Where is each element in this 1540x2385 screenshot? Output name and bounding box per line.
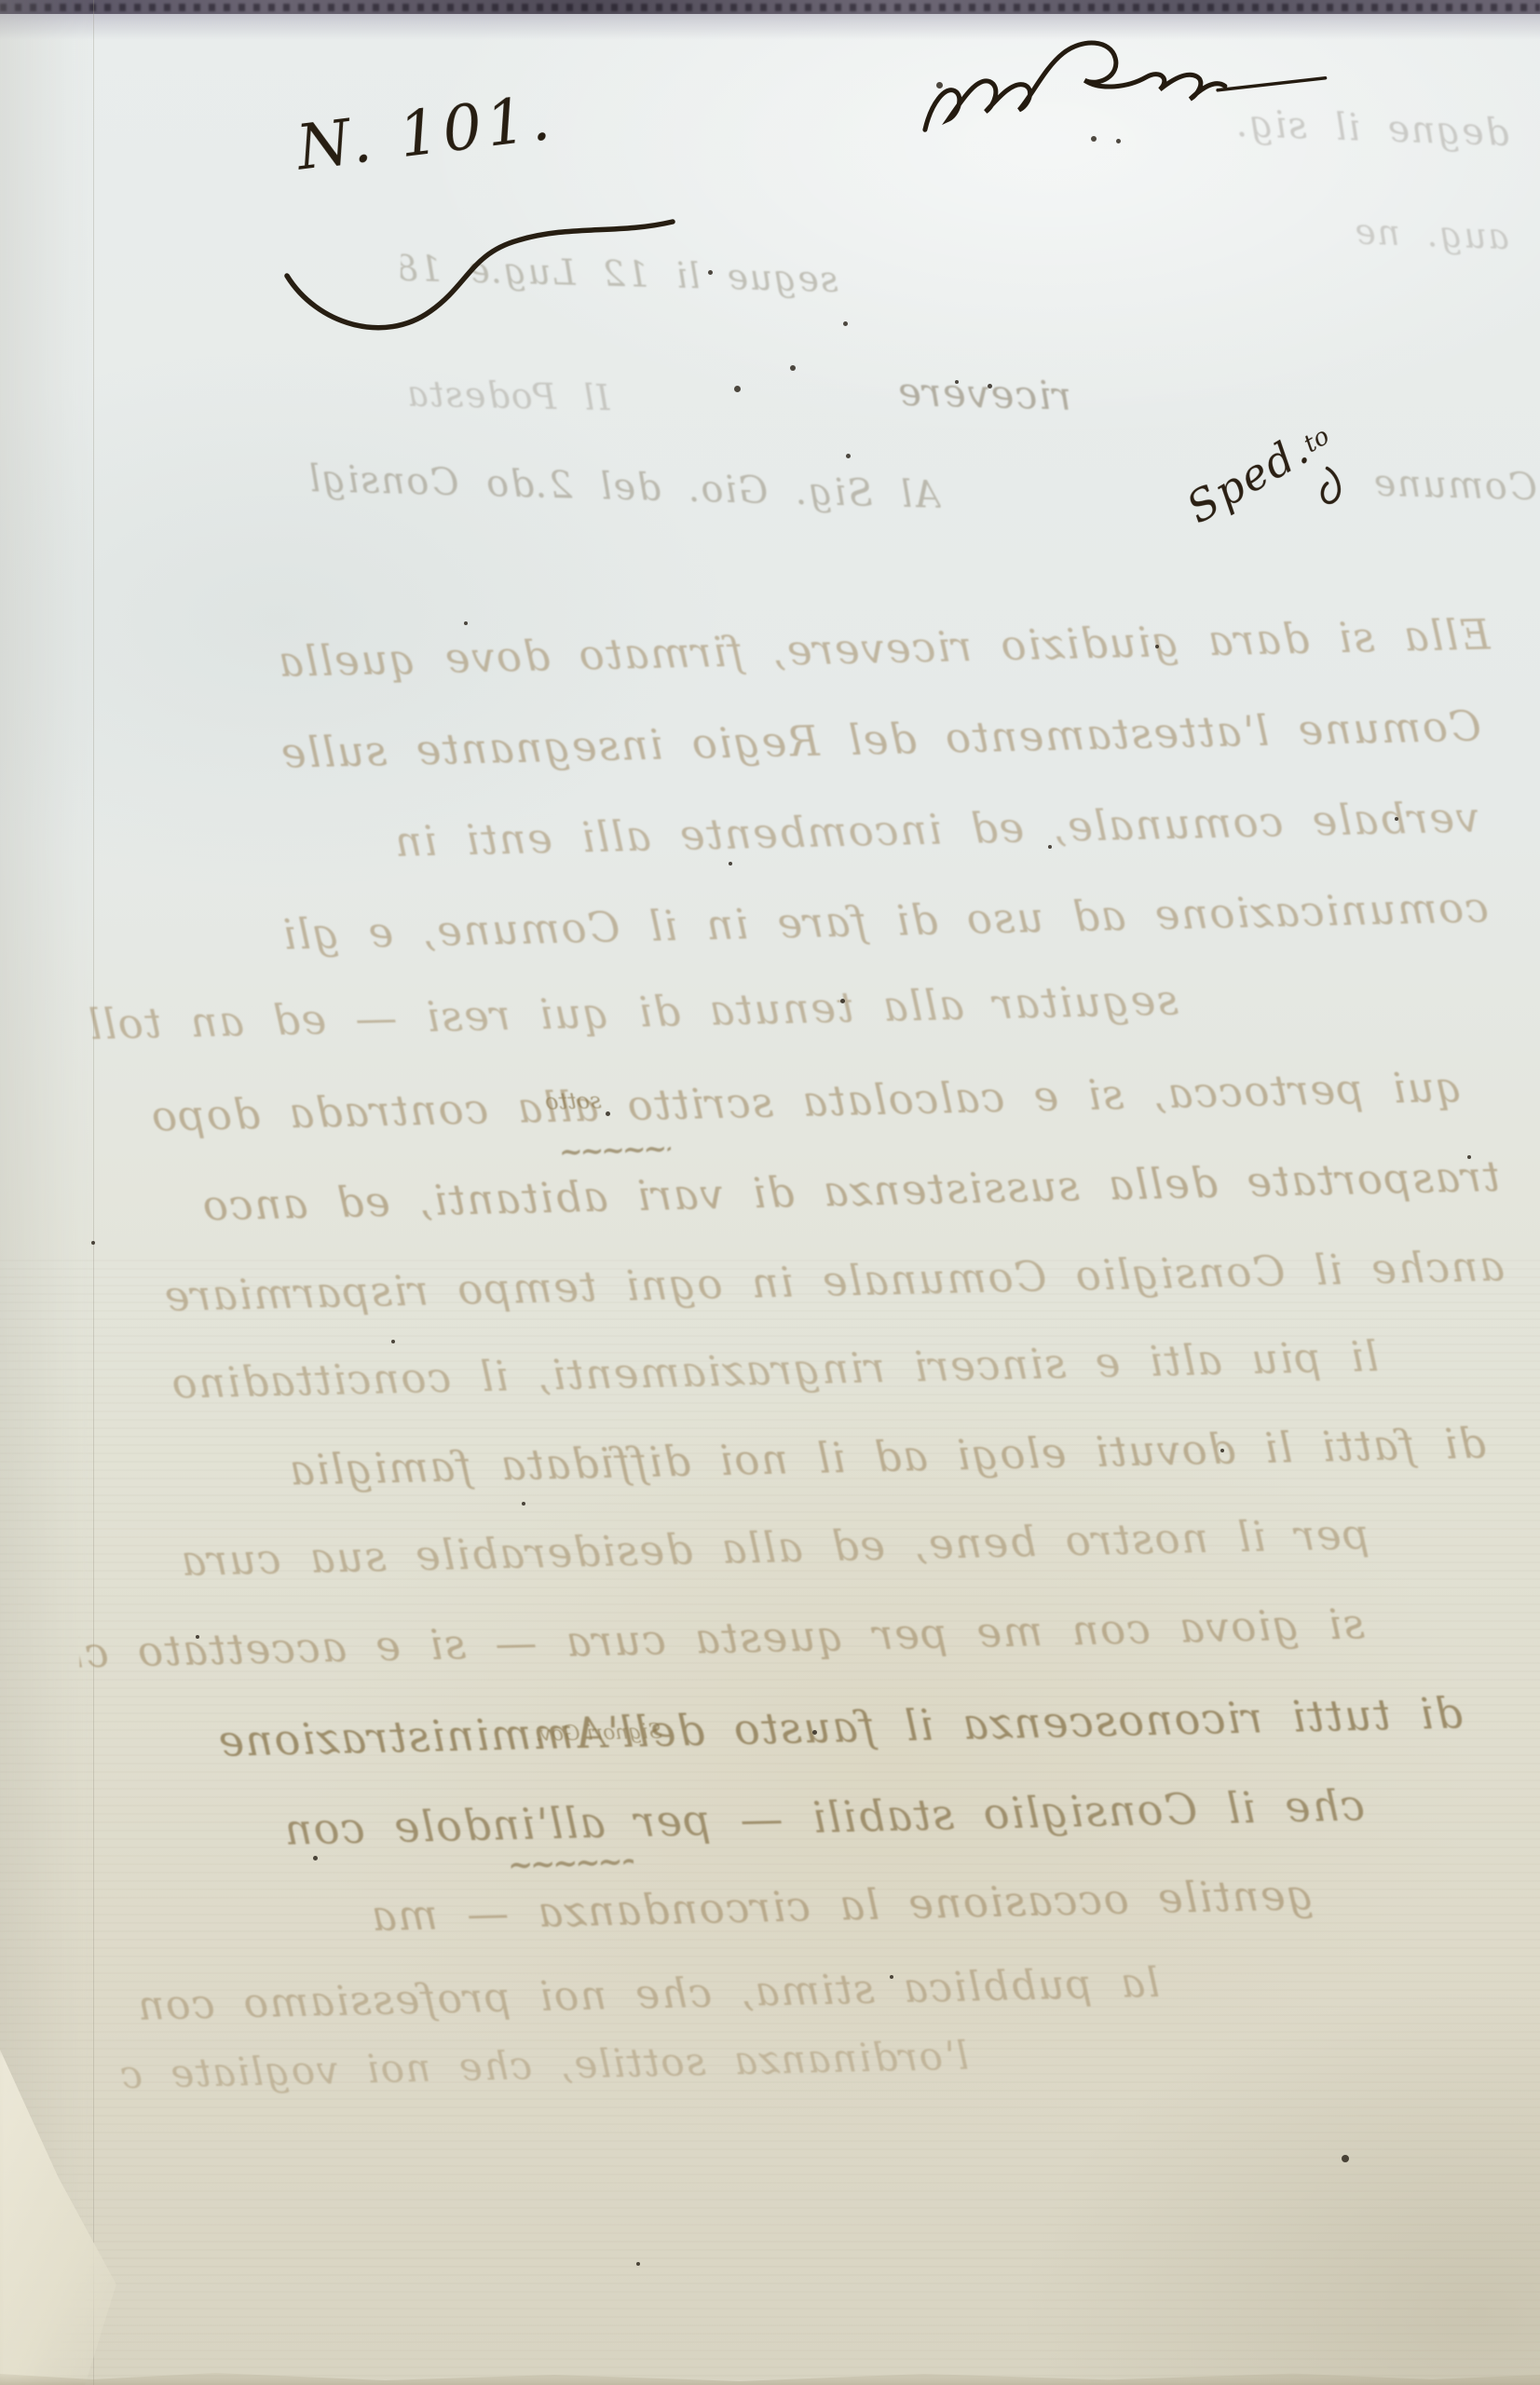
bleed-line: li piu alti e sinceri ringraziamenti, il… — [84, 1331, 1380, 1411]
ink-speck — [988, 384, 992, 388]
ink-speck — [729, 862, 732, 865]
bleed-line: ricevere — [744, 364, 1071, 418]
ink-speck — [91, 1241, 95, 1245]
interlinear-insertion: sotto — [545, 1087, 602, 1114]
bleed-line: comunicazione ad uso di fare in il Comun… — [35, 882, 1490, 964]
bleed-line: che il Consiglio stabili — per all'indol… — [89, 1779, 1366, 1859]
ink-speck — [636, 2262, 640, 2266]
manuscript-page: segue li 12 Lug.e 1810Il Podestaricevere… — [0, 0, 1540, 2385]
strikethrough-scribble: ~~~~~~~~~~ — [558, 1133, 671, 1168]
ink-speck — [1395, 817, 1398, 821]
ink-speck — [734, 386, 741, 392]
ink-speck — [1155, 645, 1159, 648]
bleed-line: di fatti li dovuti elogi ad il noi diffi… — [51, 1419, 1487, 1501]
ink-speck — [708, 270, 713, 275]
bleed-line: per il nostro bene, ed alla desiderabile… — [65, 1509, 1370, 1588]
left-deckle-edge — [0, 0, 94, 2385]
dispatch-note-descender-loop — [1308, 463, 1353, 512]
ink-speck — [890, 1975, 893, 1979]
ink-speck — [1048, 845, 1052, 849]
bleed-line: Comune — [1369, 462, 1537, 510]
dispatch-note-text: Sped. — [1179, 423, 1318, 533]
ink-speck — [313, 1856, 318, 1860]
bleed-line: Al Sig. Gio. del 2.do Consigliere — [307, 457, 942, 517]
bleed-line: qui pertocca, si e calcolata scritto all… — [56, 1062, 1464, 1143]
ink-speck — [843, 321, 848, 326]
bleed-line: la pubblica stima, che noi professiamo c… — [89, 1959, 1161, 2031]
ink-speck — [790, 365, 796, 371]
bleed-through-layer: segue li 12 Lug.e 1810Il Podestaricevere… — [0, 0, 1540, 2385]
ink-speck — [1467, 1155, 1471, 1159]
ink-speck — [1342, 2155, 1349, 2162]
bleed-line: verbale comunale, ed incombente alli ent… — [45, 793, 1480, 875]
ink-speck — [955, 380, 959, 384]
ink-speck — [840, 999, 845, 1003]
bleed-line: anche il Consiglio Comunale in ogni temp… — [51, 1241, 1506, 1323]
ink-speck — [1220, 1449, 1224, 1452]
bleed-line: gentile occasione la circondanza — ma — [102, 1870, 1315, 1946]
ink-speck — [464, 621, 468, 625]
ink-speck — [1091, 136, 1097, 142]
interlinear-insertion: Signori Gov. — [536, 1720, 662, 1746]
bleed-line: di tutti riconoscenza il fausto dell'Amm… — [112, 1688, 1464, 1769]
bleed-line: Il Podesta — [331, 372, 611, 418]
bleed-line: Comune l'attestamento del Regio insegnan… — [56, 702, 1482, 784]
laid-paper-texture — [0, 1258, 1540, 2385]
ink-speck — [391, 1340, 395, 1343]
bleed-line: trasportate della sussistenza di vari ab… — [28, 1152, 1501, 1234]
bleed-line: seguitar alla tenuta di qui resi — ed an… — [89, 975, 1179, 1050]
ink-speck — [196, 1635, 199, 1639]
signature-flourish — [915, 26, 1334, 155]
ink-speck — [812, 1730, 817, 1735]
dispatch-note: Sped.to — [1179, 378, 1397, 534]
bleed-line: si giova con me per questa cura — si e a… — [79, 1599, 1366, 1677]
ink-speck — [522, 1502, 525, 1506]
bleed-line: aug. ne — [1285, 209, 1509, 257]
archival-number: N. 101. — [293, 81, 558, 184]
bleed-line: Ella si dara giudizio ricevere, firmato … — [51, 609, 1492, 691]
number-underline-flourish — [279, 211, 680, 350]
torn-bottom-edge — [0, 2366, 1540, 2385]
bleed-line: l'ordinanza sottile, che noi vogliate co… — [121, 2033, 970, 2098]
ink-speck — [1116, 139, 1121, 143]
ink-speck — [936, 82, 943, 89]
scanner-edge-band — [0, 0, 1540, 14]
ink-speck — [606, 1111, 610, 1116]
ink-speck — [846, 454, 851, 458]
strikethrough-scribble: ~~~~~~~~~~ — [507, 1845, 634, 1883]
